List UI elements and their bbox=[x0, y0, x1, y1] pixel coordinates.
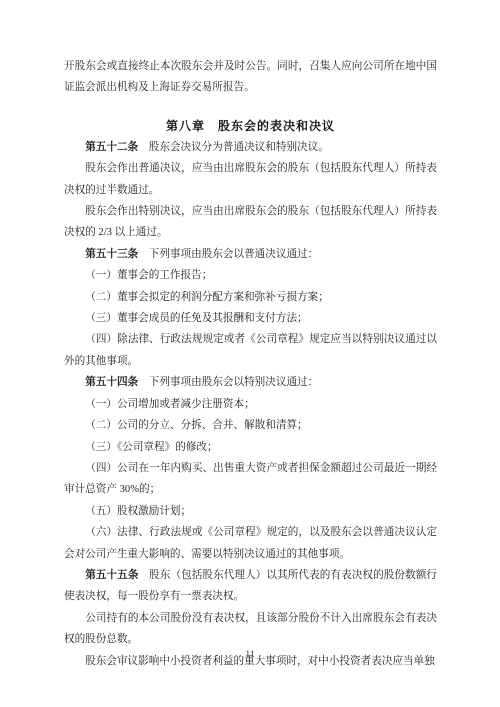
paragraph: （四）除法律、行政法规规定或者《公司章程》规定应当以特别决议通过以外的其他事项。 bbox=[64, 329, 437, 372]
page-number: 11 bbox=[0, 650, 500, 660]
paragraph-text: （六）法律、行政法规或《公司章程》规定的，以及股东会以普通决议认定会对公司产生重… bbox=[64, 527, 437, 559]
document-page: 开股东会或直接终止本次股东会并及时公告。同时，召集人应向公司所在地中国证监会派出… bbox=[0, 0, 500, 707]
article-paragraphs: 第五十二条股东会决议分为普通决议和特别决议。 股东会作出普通决议，应当由出席股东… bbox=[64, 137, 437, 672]
paragraph: （六）法律、行政法规或《公司章程》规定的，以及股东会以普通决议认定会对公司产生重… bbox=[64, 522, 437, 565]
paragraph: 第五十二条股东会决议分为普通决议和特别决议。 bbox=[64, 137, 437, 158]
article-number: 第五十二条 bbox=[85, 142, 138, 153]
paragraph-text: （一）公司增加或者减少注册资本； bbox=[85, 399, 255, 410]
paragraph-text: （一）董事会的工作报告； bbox=[85, 270, 212, 281]
article-number: 第五十五条 bbox=[85, 570, 138, 581]
paragraph-text: （五）股权激励计划； bbox=[85, 506, 191, 517]
document-body: 开股东会或直接终止本次股东会并及时公告。同时，召集人应向公司所在地中国证监会派出… bbox=[64, 56, 437, 672]
paragraph: （二）董事会拟定的利润分配方案和弥补亏损方案； bbox=[64, 287, 437, 308]
article-number: 第五十三条 bbox=[85, 249, 138, 260]
paragraph: （三）董事会成员的任免及其报酬和支付方法； bbox=[64, 308, 437, 329]
chapter-heading: 第八章 股东会的表决和决议 bbox=[64, 115, 437, 137]
paragraph: 公司持有的本公司股份没有表决权，且该部分股份不计入出席股东会有表决权的股份总数。 bbox=[64, 608, 437, 651]
paragraph: （二）公司的分立、分拆、合并、解散和清算； bbox=[64, 415, 437, 436]
paragraph-text: 股东会作出特别决议，应当由出席股东会的股东（包括股东代理人）所持表决权的 2/3… bbox=[64, 206, 437, 238]
paragraph-text: （三）董事会成员的任免及其报酬和支付方法； bbox=[85, 313, 307, 324]
paragraph-text: （二）公司的分立、分拆、合并、解散和清算； bbox=[85, 420, 307, 431]
paragraph-text: （二）董事会拟定的利润分配方案和弥补亏损方案； bbox=[85, 292, 329, 303]
paragraph-text: 下列事项由股东会以特别决议通过： bbox=[149, 377, 319, 388]
paragraph: 股东会作出特别决议，应当由出席股东会的股东（包括股东代理人）所持表决权的 2/3… bbox=[64, 201, 437, 244]
paragraph: 第五十四条下列事项由股东会以特别决议通过： bbox=[64, 372, 437, 393]
paragraph: （五）股权激励计划； bbox=[64, 501, 437, 522]
paragraph-text: （四）公司在一年内购买、出售重大资产或者担保金额超过公司最近一期经审计总资产 3… bbox=[64, 463, 437, 495]
paragraph-text: 股东会决议分为普通决议和特别决议。 bbox=[149, 142, 329, 153]
paragraph-continuation: 开股东会或直接终止本次股东会并及时公告。同时，召集人应向公司所在地中国证监会派出… bbox=[64, 56, 437, 99]
paragraph-text: （三）《公司章程》的修改； bbox=[85, 442, 217, 453]
paragraph-text: （四）除法律、行政法规规定或者《公司章程》规定应当以特别决议通过以外的其他事项。 bbox=[64, 334, 437, 366]
paragraph-text: 下列事项由股东会以普通决议通过： bbox=[149, 249, 319, 260]
paragraph: 第五十五条股东（包括股东代理人）以其所代表的有表决权的股份数额行使表决权，每一股… bbox=[64, 565, 437, 608]
paragraph-text: 公司持有的本公司股份没有表决权，且该部分股份不计入出席股东会有表决权的股份总数。 bbox=[64, 613, 437, 645]
article-number: 第五十四条 bbox=[85, 377, 138, 388]
paragraph-text: 股东会作出普通决议，应当由出席股东会的股东（包括股东代理人）所持表决权的过半数通… bbox=[64, 163, 437, 195]
paragraph: （四）公司在一年内购买、出售重大资产或者担保金额超过公司最近一期经审计总资产 3… bbox=[64, 458, 437, 501]
paragraph: 第五十三条下列事项由股东会以普通决议通过： bbox=[64, 244, 437, 265]
paragraph: （三）《公司章程》的修改； bbox=[64, 437, 437, 458]
paragraph: （一）公司增加或者减少注册资本； bbox=[64, 394, 437, 415]
paragraph: （一）董事会的工作报告； bbox=[64, 265, 437, 286]
paragraph: 股东会作出普通决议，应当由出席股东会的股东（包括股东代理人）所持表决权的过半数通… bbox=[64, 158, 437, 201]
